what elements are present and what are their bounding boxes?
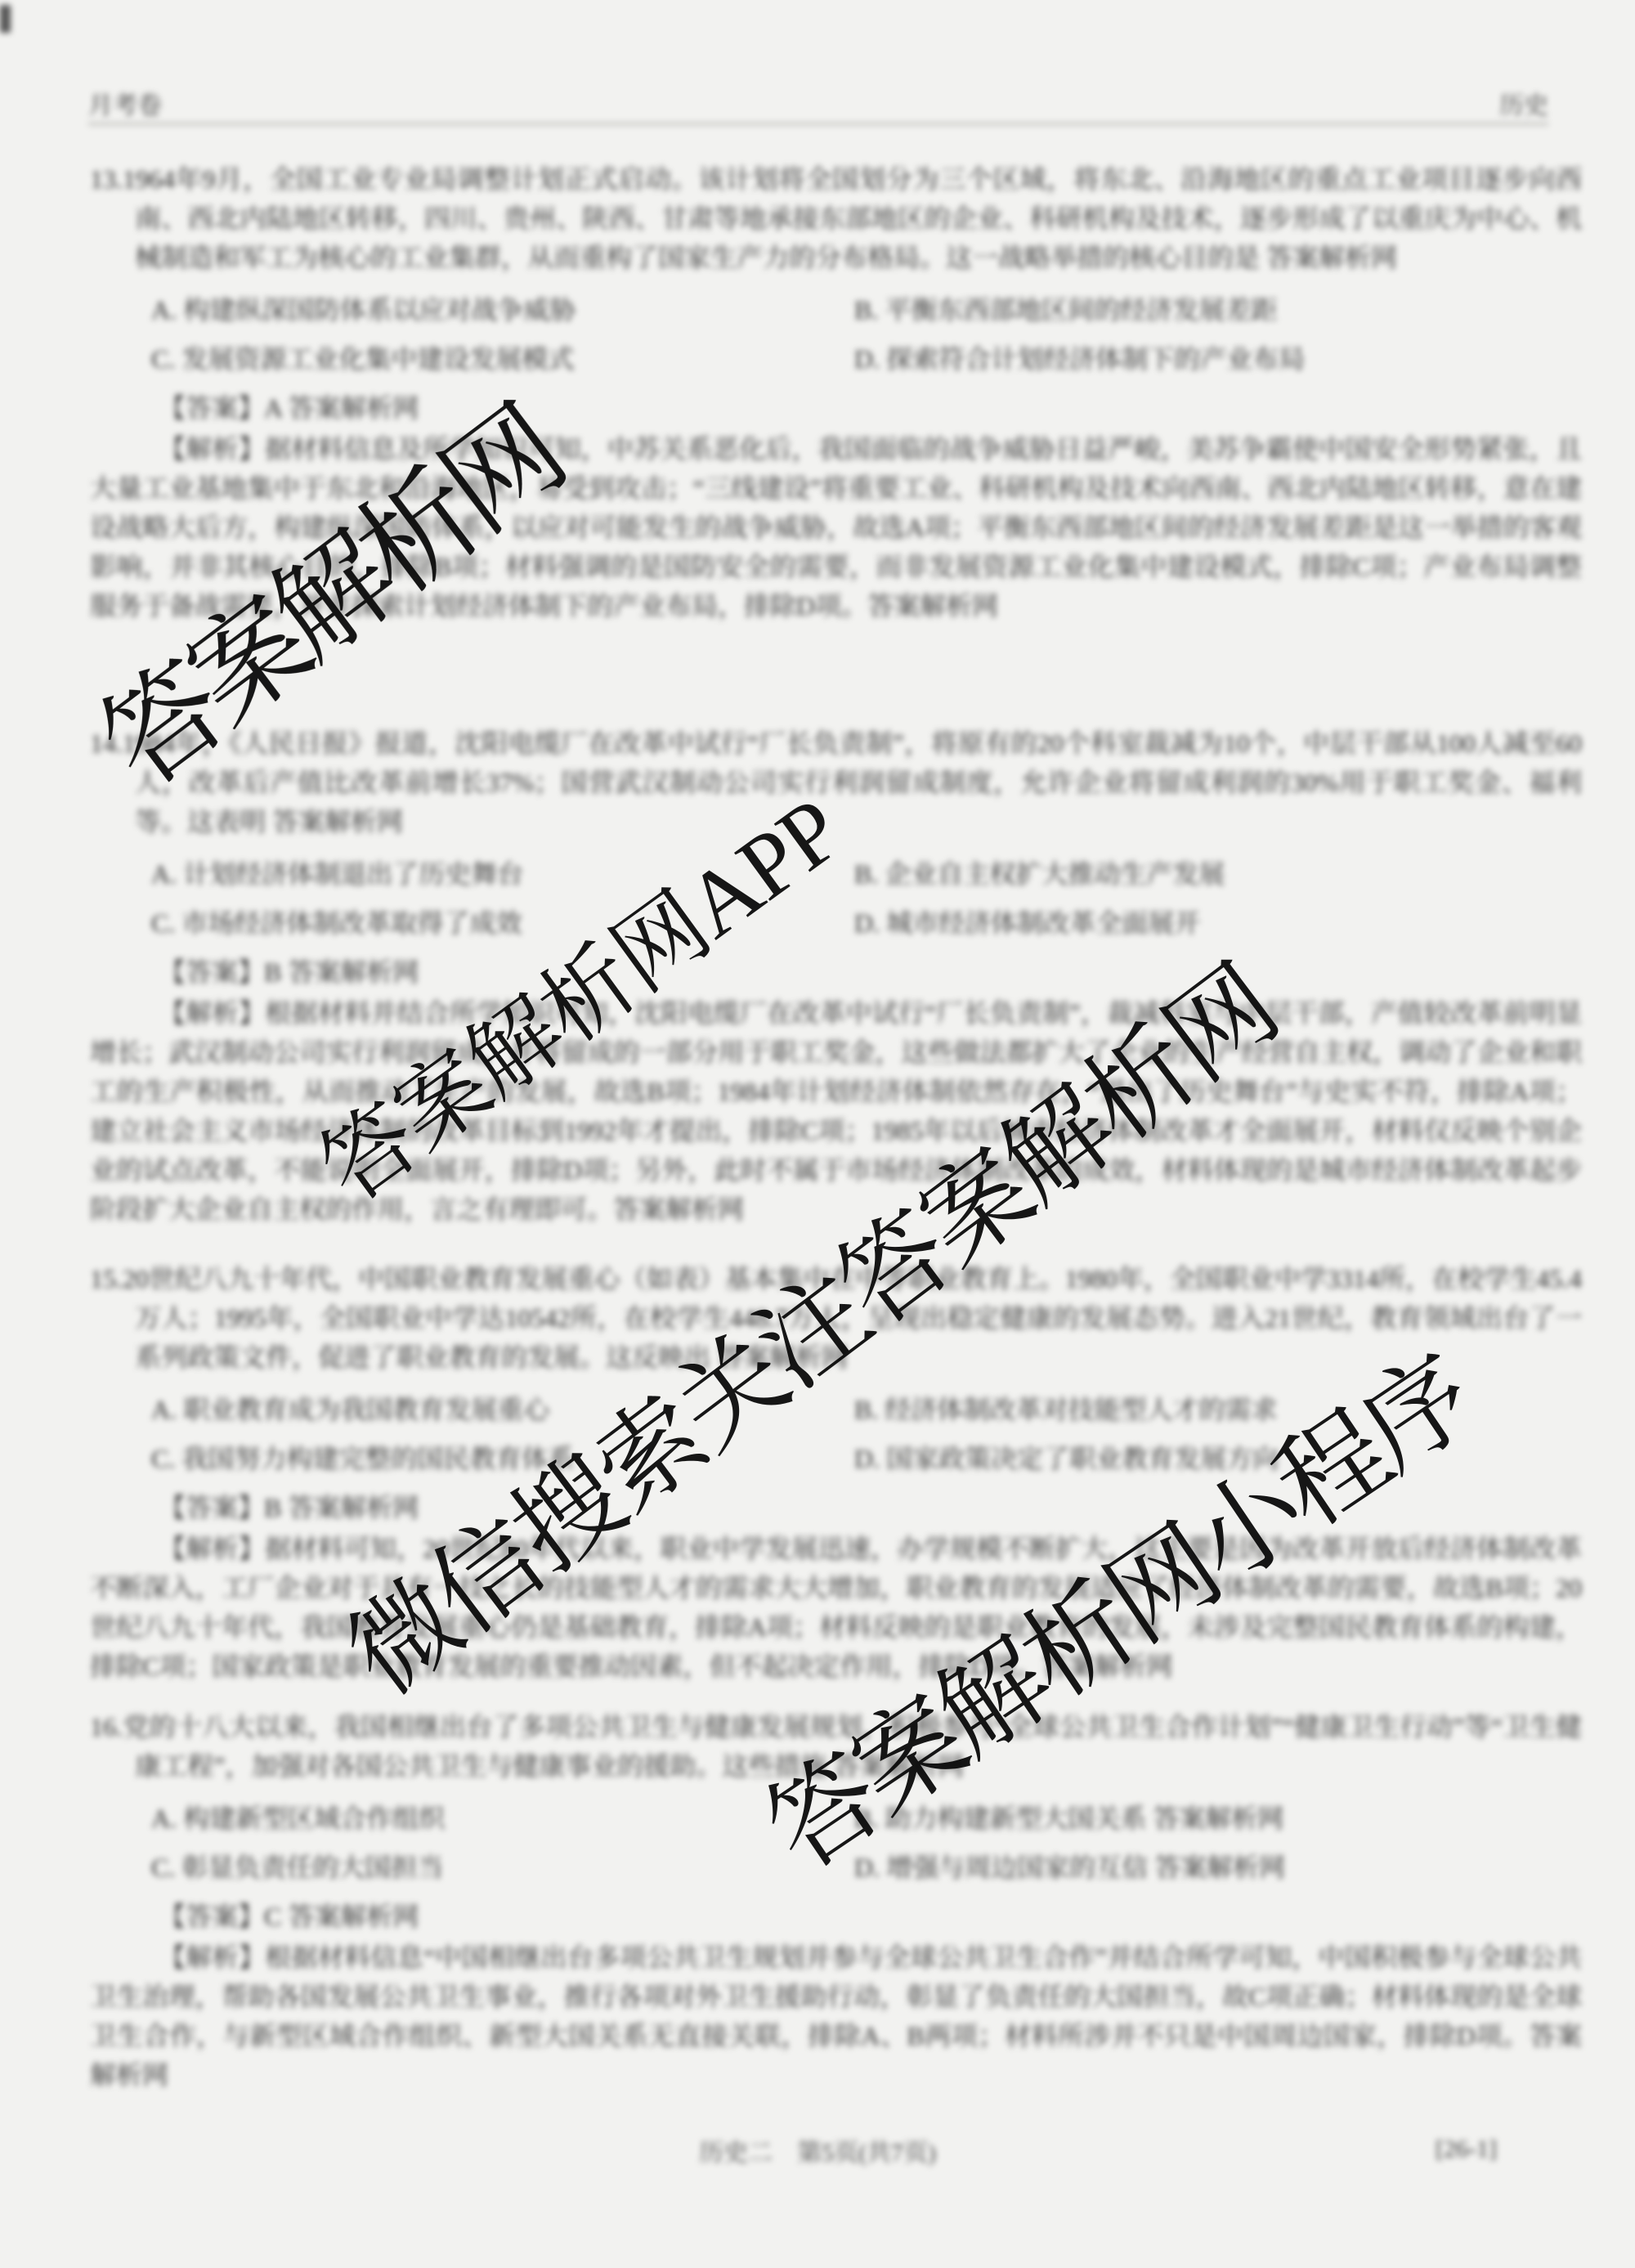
question-13-option-d: D. 探索符合计划经济体制下的产业布局 [854, 339, 1582, 379]
question-13-stem: 13.1964年9月，全国工业专业局调整计划正式启动。该计划将全国划分为三个区域… [90, 159, 1582, 277]
header-right-label: 历史 [1499, 92, 1548, 121]
question-15-analysis: 【解析】据材料可知，20世纪80年代以来，职业中学发展迅速，办学规模不断扩大，这… [90, 1529, 1582, 1686]
question-13-option-c: C. 发展资源工业化集中建设发展模式 [151, 339, 854, 379]
page-header: 月考卷 历史 [88, 92, 1548, 121]
question-16-option-c: C. 彰显负责任的大国担当 [151, 1848, 854, 1887]
question-16-analysis: 【解析】根据材料信息“中国相继出台多项公共卫生规划并参与全球公共卫生合作”并结合… [90, 1938, 1582, 2095]
question-14-options-row-2: C. 市场经济体制改革取得了成效 D. 城市经济体制改革全面展开 [90, 903, 1582, 943]
question-16-answer: 【答案】C 答案解析网 [90, 1897, 1582, 1936]
question-14-stem: 14.1984年，《人民日报》报道，沈阳电缆厂在改革中试行“厂长负责制”，将原有… [90, 724, 1582, 841]
question-16-option-a: A. 构建新型区域合作组织 [151, 1799, 854, 1838]
question-14-option-d: D. 城市经济体制改革全面展开 [854, 903, 1582, 943]
question-13-option-b: B. 平衡东西部地区间的经济发展差距 [854, 290, 1582, 329]
question-14-option-b: B. 企业自主权扩大推动生产发展 [854, 854, 1582, 894]
question-16-option-b: B. 助力构建新型大国关系 答案解析网 [854, 1799, 1582, 1838]
footer-code: [26-1] [1436, 2136, 1497, 2163]
question-14-analysis: 【解析】根据材料并结合所学知识可知，沈阳电缆厂在改革中试行“厂长负责制”，裁减科… [90, 993, 1582, 1229]
question-13-option-a: A. 构建纵深国防体系以应对战争威胁 [151, 290, 854, 329]
header-rule [88, 123, 1548, 125]
question-13-options-row-2: C. 发展资源工业化集中建设发展模式 D. 探索符合计划经济体制下的产业布局 [90, 339, 1582, 379]
question-13-answer: 【答案】A 答案解析网 [90, 388, 1582, 428]
question-16-option-d: D. 增强与周边国家的互信 答案解析网 [854, 1848, 1582, 1887]
header-left-label: 月考卷 [88, 92, 162, 121]
question-13-options-row-1: A. 构建纵深国防体系以应对战争威胁 B. 平衡东西部地区间的经济发展差距 [90, 290, 1582, 329]
question-14-answer: 【答案】B 答案解析网 [90, 952, 1582, 992]
page-corner-mark [0, 5, 11, 33]
footer-page-number: 历史二 第5页(共7页) [0, 2132, 1635, 2168]
scanned-exam-page: { "header": { "left": "月考卷", "right": "历… [0, 0, 1635, 2268]
